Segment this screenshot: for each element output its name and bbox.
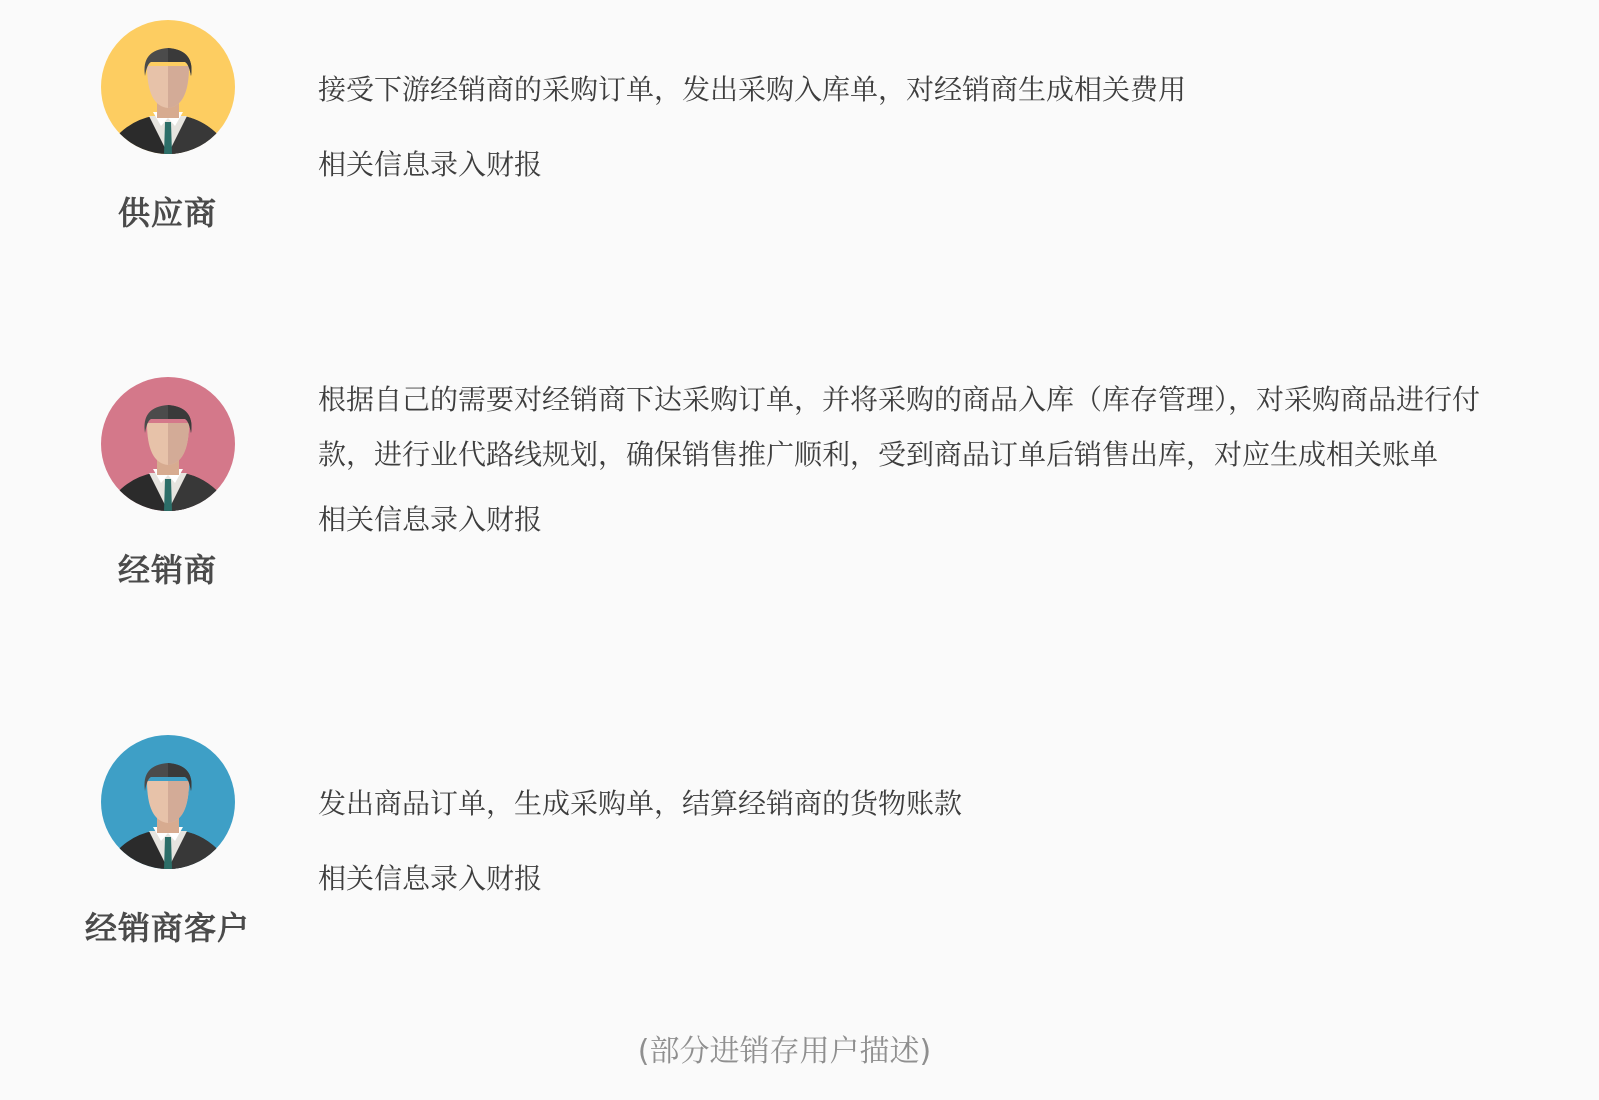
role-description-block: 接受下游经销商的采购订单，发出采购入库单，对经销商生成相关费用 相关信息录入财报 xyxy=(318,62,1508,192)
role-identity: 供应商 xyxy=(60,20,275,234)
role-name: 经销商 xyxy=(60,545,275,591)
role-note: 相关信息录入财报 xyxy=(318,137,1508,192)
role-description: 发出商品订单，生成采购单，结算经销商的货物账款 xyxy=(318,776,1508,831)
role-description-block: 根据自己的需要对经销商下达采购订单，并将采购的商品入库（库存管理），对采购商品进… xyxy=(318,372,1508,547)
role-note: 相关信息录入财报 xyxy=(318,851,1508,906)
role-description-block: 发出商品订单，生成采购单，结算经销商的货物账款 相关信息录入财报 xyxy=(318,776,1508,906)
businessman-avatar-icon xyxy=(101,377,235,511)
role-note: 相关信息录入财报 xyxy=(318,492,1508,547)
businessman-avatar-icon xyxy=(101,735,235,869)
role-name: 经销商客户 xyxy=(60,903,275,949)
role-identity: 经销商 xyxy=(60,377,275,591)
businessman-avatar-icon xyxy=(101,20,235,154)
figure-caption: (部分进销存用户描述) xyxy=(0,1026,1569,1070)
role-description: 根据自己的需要对经销商下达采购订单，并将采购的商品入库（库存管理），对采购商品进… xyxy=(318,372,1508,482)
role-identity: 经销商客户 xyxy=(60,735,275,949)
role-description: 接受下游经销商的采购订单，发出采购入库单，对经销商生成相关费用 xyxy=(318,62,1508,117)
role-name: 供应商 xyxy=(60,188,275,234)
